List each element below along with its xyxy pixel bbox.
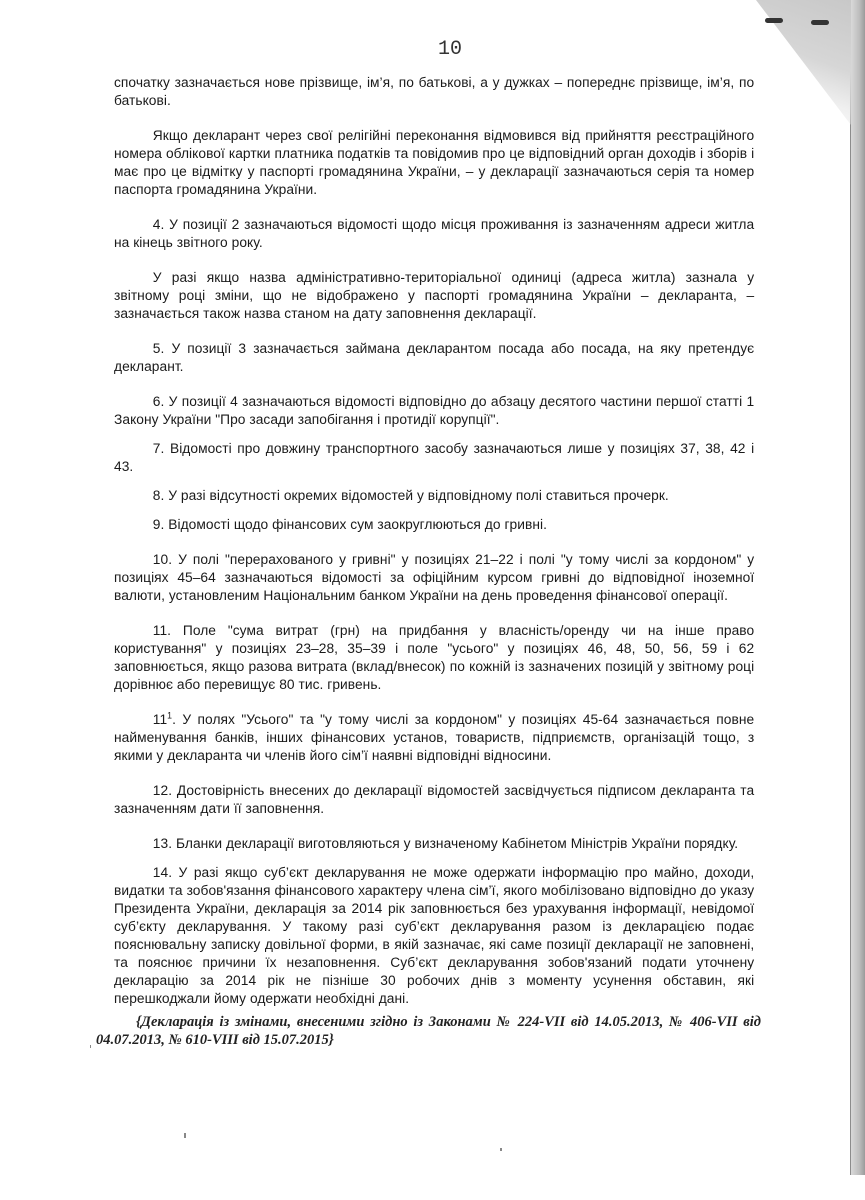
paragraph-continuation: спочатку зазначається нове прізвище, ім’…: [114, 74, 754, 110]
paragraph-item-12: 12. Достовірність внесених до декларації…: [114, 782, 754, 818]
item-text: . У полях "Усього" та "у тому числі за к…: [114, 712, 754, 764]
document-body: спочатку зазначається нове прізвище, ім’…: [114, 74, 754, 1025]
paragraph-item-14: 14. У разі якщо суб’єкт декларування не …: [114, 864, 754, 1008]
staple-mark: [811, 20, 829, 25]
staple-mark: [765, 18, 783, 23]
scan-speck: [90, 1045, 91, 1048]
paragraph-religious-exemption: Якщо декларант через свої релігійні пере…: [114, 127, 754, 199]
scan-speck: [500, 1148, 502, 1151]
paragraph-item-9: 9. Відомості щодо фінансових сум заокруг…: [114, 516, 754, 534]
paragraph-item-13: 13. Бланки декларації виготовляються у в…: [114, 835, 754, 853]
paragraph-item-4: 4. У позиції 2 зазначаються відомості що…: [114, 216, 754, 252]
paragraph-item-8: 8. У разі відсутності окремих відомостей…: [114, 487, 754, 505]
paragraph-item-10: 10. У полі "перерахованого у гривні" у п…: [114, 551, 754, 605]
item-number: 11: [153, 712, 167, 728]
paragraph-item-4-address: У разі якщо назва адміністративно-терито…: [114, 269, 754, 323]
paragraph-item-7: 7. Відомості про довжину транспортного з…: [114, 440, 754, 476]
paragraph-item-5: 5. У позиції 3 зазначається займана декл…: [114, 340, 754, 376]
amendment-note: {Декларація із змінами, внесеними згідно…: [96, 1013, 761, 1049]
scan-edge-shadow: [850, 0, 865, 1175]
paragraph-item-6: 6. У позиції 4 зазначаються відомості ві…: [114, 393, 754, 429]
page-number: 10: [0, 38, 865, 61]
paragraph-item-11-1: 111. У полях "Усього" та "у тому числі з…: [114, 711, 754, 765]
paragraph-item-11: 11. Поле "сума витрат (грн) на придбання…: [114, 622, 754, 694]
scan-speck: [184, 1133, 186, 1138]
